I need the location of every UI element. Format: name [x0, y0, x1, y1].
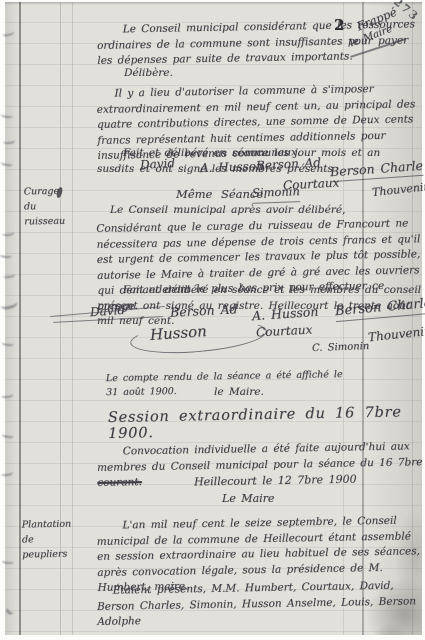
heading-session-extraordinaire: Session extraordinaire du 16 7bre 1900. [108, 405, 425, 442]
paragraph-presents: Étaient présents, M.M. Humbert, Courtaux… [97, 578, 425, 630]
convocation-text: Convocation individuelle a été faite auj… [97, 440, 423, 473]
margin-note-curage: Curage du ruisseau [24, 184, 75, 230]
line-le-maire-2: Le Maire [222, 491, 274, 507]
signature-david-1: David [140, 156, 176, 173]
line-date-place: Heillecourt le 12 7bre 1900 [194, 472, 357, 490]
signature-husson-1: A. Husson [200, 159, 264, 177]
word-delibere: Délibère. [124, 66, 173, 82]
signature-husson-flourish: Husson [150, 324, 208, 343]
line-le-maire-1: le Maire. [214, 385, 264, 401]
margin-rule-left [19, 2, 21, 635]
register-scan-page: 273 2 Frappé le Maire Curage du ruisseau… [0, 0, 425, 640]
signature-david-2: David [90, 303, 126, 321]
convocation-struck-word: courant. [97, 476, 142, 489]
signature-simonin-title: Simonin [252, 184, 300, 203]
signature-simonin-2: C. Simonin [312, 339, 370, 356]
paragraph-apres-delibere: Le Conseil municipal après avoir délibér… [110, 203, 410, 219]
paragraph-considerant: Le Conseil municipal considérant que les… [97, 17, 424, 69]
margin-note-plantation: Plantation de peupliers [22, 516, 81, 562]
